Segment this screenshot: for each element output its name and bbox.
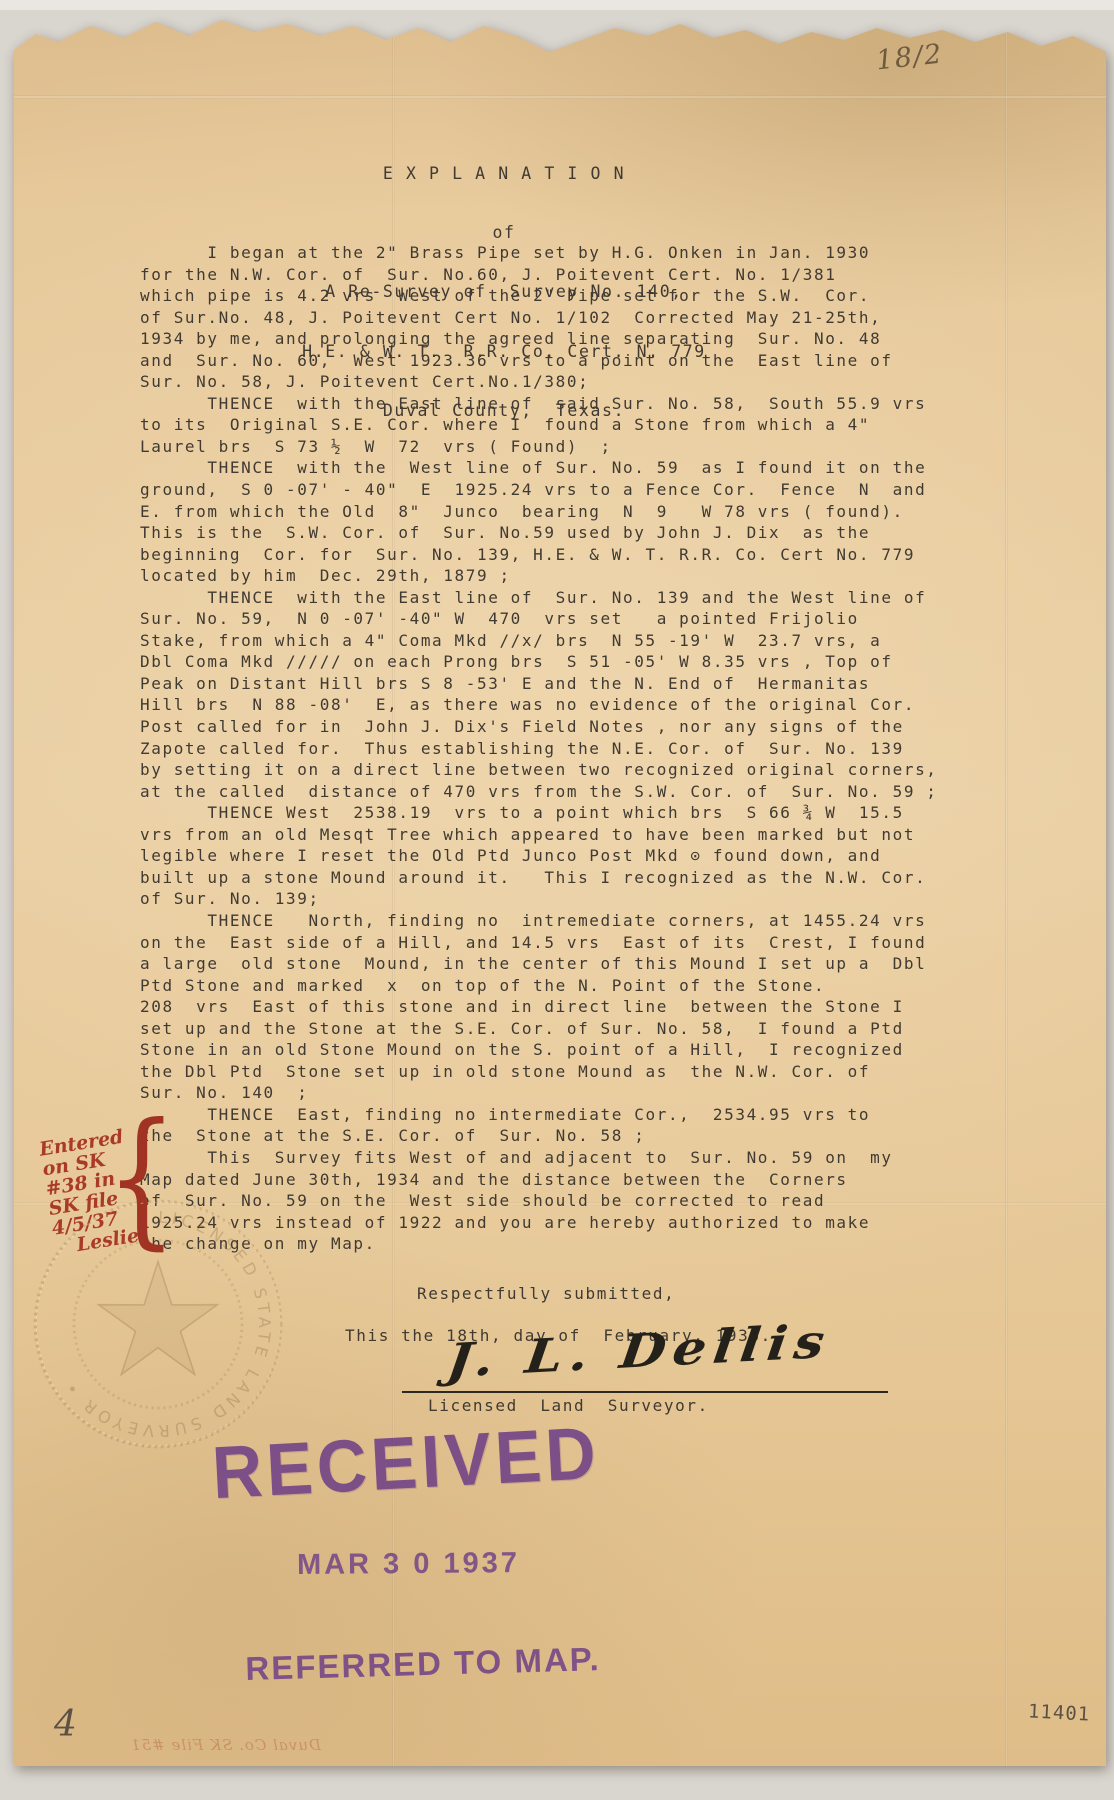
body-line: set up and the Stone at the S.E. Cor. of… [140, 1018, 1020, 1040]
body-line: beginning Cor. for Sur. No. 139, H.E. & … [140, 544, 1020, 566]
body-line: of Sur. No. 139; [140, 888, 1020, 910]
heading-line: of [124, 223, 884, 243]
body-line: Hill brs N 88 -08' E, as there was no ev… [140, 694, 1020, 716]
body-line: Peak on Distant Hill brs S 8 -53' E and … [140, 673, 1020, 695]
ink-bleedthrough-text: Duval Co. SK File #51 [130, 1736, 321, 1754]
body-line: I began at the 2" Brass Pipe set by H.G.… [140, 242, 1020, 264]
body-line: Ptd Stone and marked x on top of the N. … [140, 975, 1020, 997]
body-line: Stake, from which a 4" Coma Mkd //x/ brs… [140, 630, 1020, 652]
body-line: 1934 by me, and prolonging the agreed li… [140, 328, 1020, 350]
page-title: E X P L A N A T I O N [124, 164, 884, 184]
seal-star [99, 1262, 218, 1375]
document-page: 18/2 E X P L A N A T I O N of A Re-Surve… [14, 6, 1106, 1766]
signature-underline [402, 1391, 888, 1393]
body-line: This Survey fits West of and adjacent to… [140, 1147, 1020, 1169]
body-line: the Stone at the S.E. Cor. of Sur. No. 5… [140, 1125, 1020, 1147]
survey-body-text: I began at the 2" Brass Pipe set by H.G.… [140, 242, 1020, 1255]
surveyor-signature: J. L. Dellis [444, 1306, 979, 1388]
body-line: Post called for in John J. Dix's Field N… [140, 716, 1020, 738]
body-line: Sur. No. 140 ; [140, 1082, 1020, 1104]
body-line: THENCE West 2538.19 vrs to a point which… [140, 802, 1020, 824]
closing-submitted-line: Respectfully submitted, [417, 1284, 675, 1303]
body-line: to its Original S.E. Cor. where I found … [140, 414, 1020, 436]
body-line: for the N.W. Cor. of Sur. No.60, J. Poit… [140, 264, 1020, 286]
body-line: which pipe is 4.2 vrs West of the 2" Pip… [140, 285, 1020, 307]
body-line: Stone in an old Stone Mound on the S. po… [140, 1039, 1020, 1061]
embossed-surveyor-seal: LICENSED STATE LAND SURVEYOR • [18, 1184, 298, 1464]
body-line: at the called distance of 470 vrs from t… [140, 781, 1020, 803]
horizontal-fold-crease [14, 95, 1106, 99]
ink-note-bottom-right: 11401 [1027, 1700, 1090, 1725]
body-line: ground, S 0 -07' - 40" E 1925.24 vrs to … [140, 479, 1020, 501]
body-line: Sur. No. 59, N 0 -07' -40" W 470 vrs set… [140, 608, 1020, 630]
body-line: of Sur.No. 48, J. Poitevent Cert No. 1/1… [140, 307, 1020, 329]
body-line: on the East side of a Hill, and 14.5 vrs… [140, 932, 1020, 954]
body-line: Dbl Coma Mkd ///// on each Prong brs S 5… [140, 651, 1020, 673]
body-line: a large old stone Mound, in the center o… [140, 953, 1020, 975]
body-line: THENCE with the West line of Sur. No. 59… [140, 457, 1020, 479]
body-line: This is the S.W. Cor. of Sur. No.59 used… [140, 522, 1020, 544]
body-line: THENCE East, finding no intermediate Cor… [140, 1104, 1020, 1126]
body-line: 208 vrs East of this stone and in direct… [140, 996, 1020, 1018]
body-line: vrs from an old Mesqt Tree which appeare… [140, 824, 1020, 846]
pencil-note-top-right: 18/2 [875, 39, 945, 77]
body-line: located by him Dec. 29th, 1879 ; [140, 565, 1020, 587]
document-page-wrap: 18/2 E X P L A N A T I O N of A Re-Surve… [14, 6, 1106, 1766]
pencil-note-bottom-left: 4 [54, 1704, 77, 1745]
body-line: Sur. No. 58, J. Poitevent Cert.No.1/380; [140, 371, 1020, 393]
body-line: legible where I reset the Old Ptd Junco … [140, 845, 1020, 867]
body-line: THENCE North, finding no intremediate co… [140, 910, 1020, 932]
body-line: THENCE with the East line of Sur. No. 13… [140, 587, 1020, 609]
referred-to-map-stamp: REFERRED TO MAP. [245, 1640, 601, 1688]
received-date-stamp: MAR 3 0 1937 [297, 1547, 520, 1582]
body-line: the Dbl Ptd Stone set up in old stone Mo… [140, 1061, 1020, 1083]
body-line: and Sur. No. 60, West 1923.36 vrs to a p… [140, 350, 1020, 372]
body-line: THENCE with the East line of said Sur. N… [140, 393, 1020, 415]
body-line: Zapote called for. Thus establishing the… [140, 738, 1020, 760]
body-line: E. from which the Old 8" Junco bearing N… [140, 501, 1020, 523]
body-line: Laurel brs S 73 ½ W 72 vrs ( Found) ; [140, 436, 1020, 458]
body-line: built up a stone Mound around it. This I… [140, 867, 1020, 889]
body-line: by setting it on a direct line between t… [140, 759, 1020, 781]
